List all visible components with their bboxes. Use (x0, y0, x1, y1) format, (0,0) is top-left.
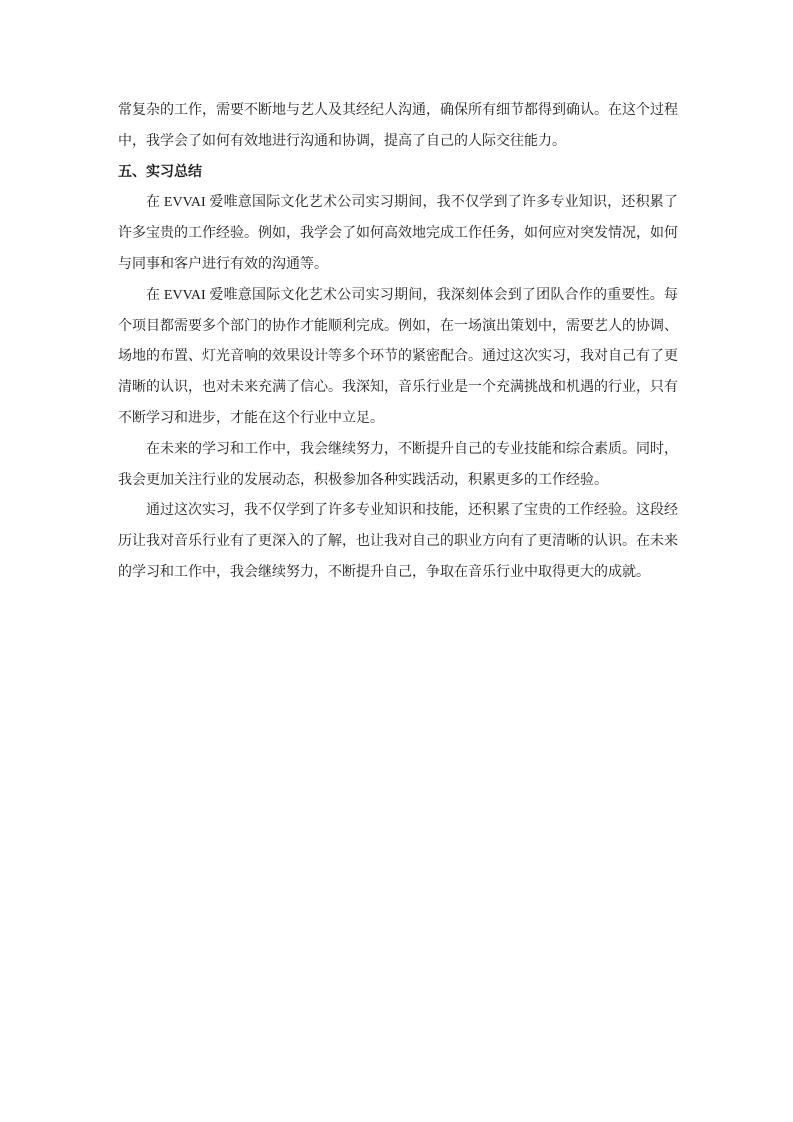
paragraph-4: 通过这次实习，我不仅学到了许多专业知识和技能，还积累了宝贵的工作经验。这段经历让… (118, 496, 678, 588)
paragraph-continuation: 常复杂的工作，需要不断地与艺人及其经纪人沟通，确保所有细节都得到确认。在这个过程… (118, 96, 678, 158)
document-page: 常复杂的工作，需要不断地与艺人及其经纪人沟通，确保所有细节都得到确认。在这个过程… (0, 0, 793, 1122)
paragraph-1: 在 EVVAI 爱唯意国际文化艺术公司实习期间，我不仅学到了许多专业知识，还积累… (118, 188, 678, 280)
document-content: 常复杂的工作，需要不断地与艺人及其经纪人沟通，确保所有细节都得到确认。在这个过程… (118, 96, 678, 589)
paragraph-2: 在 EVVAI 爱唯意国际文化艺术公司实习期间，我深刻体会到了团队合作的重要性。… (118, 281, 678, 435)
section-heading: 五、实习总结 (118, 158, 678, 189)
paragraph-3: 在未来的学习和工作中，我会继续努力，不断提升自己的专业技能和综合素质。同时，我会… (118, 435, 678, 497)
